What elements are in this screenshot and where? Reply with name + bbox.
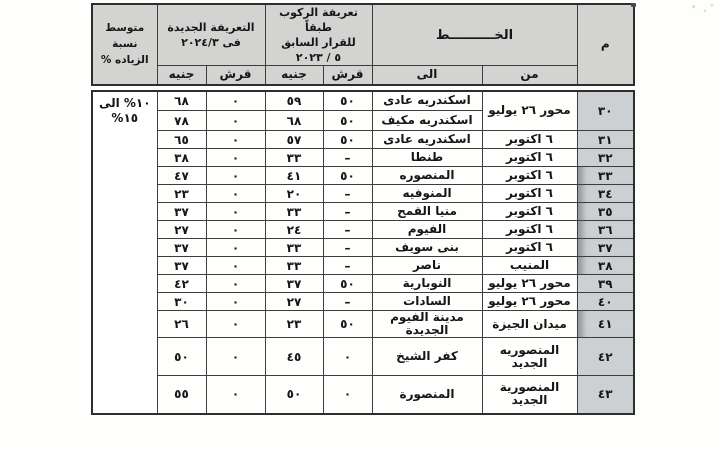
table-row: ٤٠محور ٢٦ يوليوالسادات–٢٧٠٣٠ [92,293,634,311]
fare-table-header: م الخــــــــــط تعريفة الركوب طبقاً للق… [91,3,635,86]
prev-piasters-cell: ٥٠ [323,275,372,293]
table-row: ٣٣٦ اكتوبرالمنصوره٥٠٤١٠٤٧ [92,167,634,185]
new-piasters-cell: ٠ [206,221,265,239]
header-prev-piasters: قرش [323,66,372,85]
prev-piasters-cell: ٥٠ [323,311,372,338]
row-number-cell: ٣١ [577,131,634,149]
prev-pounds-cell: ٥٩ [265,91,323,111]
to-cell: منيا القمح [372,203,482,221]
header-avg-increase: متوسط نسبة الزياده % [92,4,157,85]
new-pounds-cell: ٦٥ [157,131,206,149]
scan-artifact-dot [631,3,636,7]
prev-piasters-cell: – [323,203,372,221]
from-cell: ميدان الجيزة [482,311,577,338]
table-row: ٣٦٦ اكتوبرالفيوم–٢٤٠٢٧ [92,221,634,239]
new-piasters-cell: ٠ [206,239,265,257]
from-cell: ٦ اكتوبر [482,185,577,203]
row-number-cell: ٣٤ [577,185,634,203]
prev-pounds-cell: ٥٧ [265,131,323,149]
new-piasters-cell: ٠ [206,149,265,167]
prev-pounds-cell: ٣٧ [265,275,323,293]
to-cell: النوبارية [372,275,482,293]
new-pounds-cell: ٢٦ [157,311,206,338]
prev-pounds-cell: ٣٣ [265,149,323,167]
new-pounds-cell: ٢٣ [157,185,206,203]
new-piasters-cell: ٠ [206,376,265,414]
new-piasters-cell: ٠ [206,131,265,149]
header-line-group: الخــــــــــط [372,4,577,66]
row-number-cell: ٤١ [577,311,634,338]
prev-pounds-cell: ٢٣ [265,311,323,338]
to-cell: الفيوم [372,221,482,239]
new-piasters-cell: ٠ [206,167,265,185]
from-cell: ٦ اكتوبر [482,239,577,257]
scanned-fare-document: م الخــــــــــط تعريفة الركوب طبقاً للق… [0,0,720,459]
to-cell: اسكندريه عادى [372,131,482,149]
prev-pounds-cell: ٤١ [265,167,323,185]
to-cell: السادات [372,293,482,311]
prev-pounds-cell: ٢٧ [265,293,323,311]
header-previous-fare-group: تعريفة الركوب طبقاً للقرار السابق ٥ / ٢٠… [265,4,372,66]
new-piasters-cell: ٠ [206,91,265,111]
from-cell: ٦ اكتوبر [482,149,577,167]
to-cell: اسكندريه عادى [372,91,482,111]
to-cell: طنطا [372,149,482,167]
table-row: ٤١ميدان الجيزةمدينة الفيوم الجديدة٥٠٢٣٠٢… [92,311,634,338]
header-prev-pounds: جنيه [265,66,323,85]
prev-piasters-cell: – [323,239,372,257]
table-row: ٣٠محور ٢٦ يوليواسكندريه عادى٥٠٥٩٠٦٨١٠% ا… [92,91,634,111]
new-piasters-cell: ٠ [206,185,265,203]
header-new-piasters: قرش [206,66,265,85]
to-cell: المنوفيه [372,185,482,203]
row-number-cell: ٣٠ [577,91,634,131]
new-piasters-cell: ٠ [206,203,265,221]
from-cell: محور ٢٦ يوليو [482,91,577,131]
prev-pounds-cell: ٦٨ [265,111,323,131]
prev-piasters-cell: – [323,149,372,167]
from-cell: المنيب [482,257,577,275]
to-cell: كفر الشيخ [372,338,482,376]
header-new-pounds: جنيه [157,66,206,85]
prev-pounds-cell: ٣٣ [265,203,323,221]
prev-piasters-cell: – [323,185,372,203]
to-cell: مدينة الفيوم الجديدة [372,311,482,338]
row-number-cell: ٤٢ [577,338,634,376]
avg-increase-cell: ١٠% الى ١٥% [92,91,157,414]
scan-noise [688,1,716,15]
new-pounds-cell: ٥٥ [157,376,206,414]
prev-piasters-cell: ٥٠ [323,167,372,185]
from-cell: المنصوريه الجديد [482,338,577,376]
table-row: ٣٢٦ اكتوبرطنطا–٣٣٠٣٨ [92,149,634,167]
prev-piasters-cell: ٥٠ [323,131,372,149]
table-row: ٣١٦ اكتوبراسكندريه عادى٥٠٥٧٠٦٥ [92,131,634,149]
row-number-cell: ٣٨ [577,257,634,275]
row-number-cell: ٣٢ [577,149,634,167]
new-pounds-cell: ٣٧ [157,203,206,221]
from-cell: ٦ اكتوبر [482,167,577,185]
header-to: الى [372,66,482,85]
to-cell: بنى سويف [372,239,482,257]
from-cell: ٦ اكتوبر [482,131,577,149]
from-cell: محور ٢٦ يوليو [482,275,577,293]
table-row: ٤٢المنصوريه الجديدكفر الشيخ٠٤٥٠٥٠ [92,338,634,376]
from-cell: ٦ اكتوبر [482,221,577,239]
table-row: ٣٨المنيبناصر–٣٣٠٣٧ [92,257,634,275]
prev-piasters-cell: – [323,257,372,275]
new-piasters-cell: ٠ [206,293,265,311]
new-pounds-cell: ٤٢ [157,275,206,293]
prev-piasters-cell: ٥٠ [323,111,372,131]
new-piasters-cell: ٠ [206,275,265,293]
new-pounds-cell: ٧٨ [157,111,206,131]
row-number-cell: ٣٥ [577,203,634,221]
table-row: ٣٥٦ اكتوبرمنيا القمح–٣٣٠٣٧ [92,203,634,221]
prev-pounds-cell: ٣٣ [265,239,323,257]
new-pounds-cell: ٦٨ [157,91,206,111]
header-from: من [482,66,577,85]
prev-piasters-cell: ٠ [323,338,372,376]
prev-piasters-cell: – [323,221,372,239]
new-pounds-cell: ٣٨ [157,149,206,167]
new-pounds-cell: ٣٠ [157,293,206,311]
to-cell: المنصوره [372,167,482,185]
new-pounds-cell: ٥٠ [157,338,206,376]
to-cell: المنصورة [372,376,482,414]
row-number-cell: ٣٩ [577,275,634,293]
row-number-cell: ٣٦ [577,221,634,239]
row-number-cell: ٣٧ [577,239,634,257]
prev-pounds-cell: ٤٥ [265,338,323,376]
header-row-number: م [577,4,634,85]
new-piasters-cell: ٠ [206,111,265,131]
row-number-cell: ٤٠ [577,293,634,311]
row-number-cell: ٤٣ [577,376,634,414]
new-piasters-cell: ٠ [206,311,265,338]
row-number-cell: ٣٣ [577,167,634,185]
fare-table-body: ٣٠محور ٢٦ يوليواسكندريه عادى٥٠٥٩٠٦٨١٠% ا… [91,90,635,415]
to-cell: اسكندريه مكيف [372,111,482,131]
new-piasters-cell: ٠ [206,338,265,376]
table-row: ٣٩محور ٢٦ يوليوالنوبارية٥٠٣٧٠٤٢ [92,275,634,293]
prev-piasters-cell: – [323,293,372,311]
table-row: ٤٣المنصورية الجديدالمنصورة٠٥٠٠٥٥ [92,376,634,414]
prev-pounds-cell: ٢٠ [265,185,323,203]
to-cell: ناصر [372,257,482,275]
prev-pounds-cell: ٣٣ [265,257,323,275]
from-cell: ٦ اكتوبر [482,203,577,221]
new-pounds-cell: ٣٧ [157,257,206,275]
prev-pounds-cell: ٥٠ [265,376,323,414]
fare-table: م الخــــــــــط تعريفة الركوب طبقاً للق… [90,3,635,415]
header-new-fare-group: التعريفة الجديدة فى ٢٠٢٤/٣ [157,4,265,66]
from-cell: محور ٢٦ يوليو [482,293,577,311]
table-row: ٣٧٦ اكتوبربنى سويف–٣٣٠٣٧ [92,239,634,257]
prev-piasters-cell: ٥٠ [323,91,372,111]
new-pounds-cell: ٣٧ [157,239,206,257]
new-pounds-cell: ٢٧ [157,221,206,239]
new-pounds-cell: ٤٧ [157,167,206,185]
prev-piasters-cell: ٠ [323,376,372,414]
from-cell: المنصورية الجديد [482,376,577,414]
table-row: ٣٤٦ اكتوبرالمنوفيه–٢٠٠٢٣ [92,185,634,203]
prev-pounds-cell: ٢٤ [265,221,323,239]
new-piasters-cell: ٠ [206,257,265,275]
